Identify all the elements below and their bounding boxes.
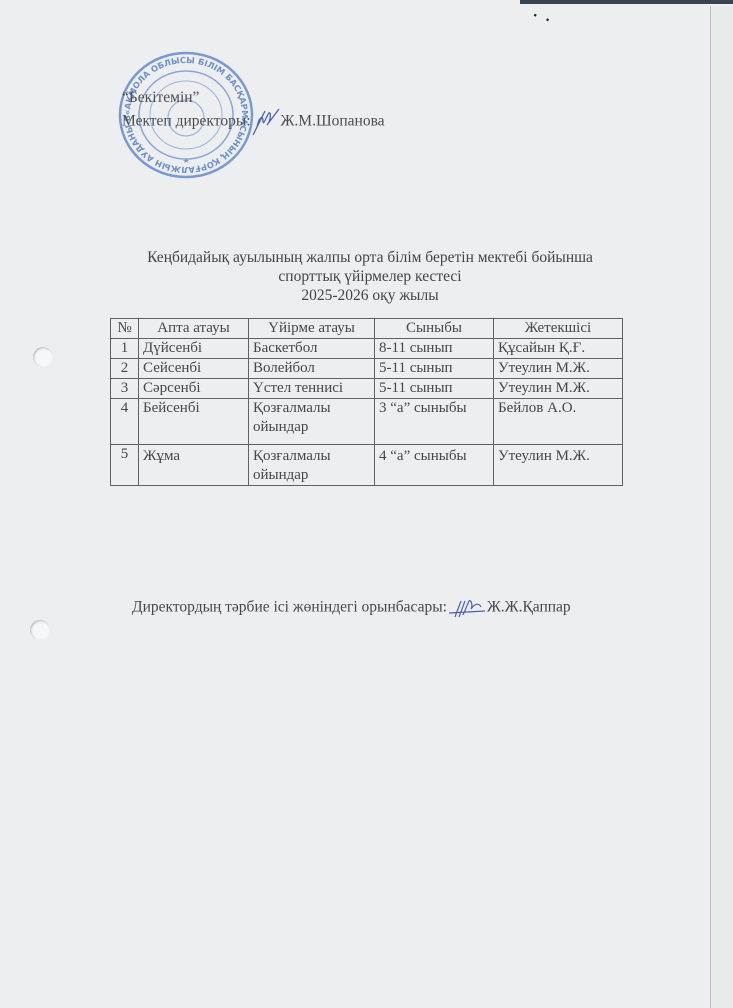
table-header-row: № Апта атауы Үйірме атауы Сыныбы Жетекші… — [111, 319, 623, 339]
cell-weekday: Дүйсенбі — [139, 339, 249, 359]
cell-leader: Бейлов А.О. — [494, 399, 623, 445]
cell-club: Үстел теннисі — [249, 379, 375, 399]
deputy-signature-line: Директордың тәрбие ісі жөніндегі орынбас… — [132, 597, 571, 619]
cell-leader: Утеулин М.Ж. — [494, 445, 623, 486]
scan-right-margin — [711, 6, 733, 1008]
schedule-table: № Апта атауы Үйірме атауы Сыныбы Жетекші… — [110, 318, 623, 486]
header-number: № — [111, 319, 139, 339]
cell-number: 3 — [111, 379, 139, 399]
header-grade: Сыныбы — [375, 319, 494, 339]
approval-label: “Бекітемін” — [122, 88, 385, 107]
cell-number: 1 — [111, 339, 139, 359]
table-row: 4 Бейсенбі Қозғалмалы ойындар 3 “а” сыны… — [111, 399, 623, 445]
header-club: Үйірме атауы — [249, 319, 375, 339]
cell-number: 2 — [111, 359, 139, 379]
cell-club: Қозғалмалы ойындар — [249, 445, 375, 486]
cell-weekday: Жұма — [139, 445, 249, 486]
title-line-2: спорттық үйірмелер кестесі — [110, 267, 630, 286]
header-leader: Жетекшісі — [494, 319, 623, 339]
deputy-signature-icon — [447, 597, 487, 619]
cell-club: Волейбол — [249, 359, 375, 379]
scan-specks: ▪▪ — [532, 10, 560, 28]
cell-grade: 3 “а” сыныбы — [375, 399, 494, 445]
document-title: Кеңбидайық ауылының жалпы орта білім бер… — [110, 248, 630, 305]
cell-leader: Утеулин М.Ж. — [494, 379, 623, 399]
table-row: 5 Жұма Қозғалмалы ойындар 4 “а” сыныбы У… — [111, 445, 623, 486]
deputy-name: Ж.Ж.Қаппар — [487, 599, 571, 616]
cell-weekday: Сейсенбі — [139, 359, 249, 379]
punch-hole-icon — [30, 620, 50, 640]
director-position: Мектеп директоры: — [122, 113, 251, 130]
cell-weekday: Сәрсенбі — [139, 379, 249, 399]
cell-leader: Утеулин М.Ж. — [494, 359, 623, 379]
title-line-3: 2025-2026 оқу жылы — [110, 286, 630, 305]
cell-grade: 8-11 сынып — [375, 339, 494, 359]
table-row: 1 Дүйсенбі Баскетбол 8-11 сынып Құсайын … — [111, 339, 623, 359]
cell-weekday: Бейсенбі — [139, 399, 249, 445]
cell-number: 4 — [111, 399, 139, 445]
director-name: Ж.М.Шопанова — [281, 113, 385, 130]
approval-block: “Бекітемін” Мектеп директоры: Ж.М.Шопано… — [122, 88, 385, 137]
title-line-1: Кеңбидайық ауылының жалпы орта білім бер… — [110, 248, 630, 267]
punch-hole-icon — [33, 347, 53, 367]
cell-club: Қозғалмалы ойындар — [249, 399, 375, 445]
cell-grade: 5-11 сынып — [375, 379, 494, 399]
table-row: 2 Сейсенбі Волейбол 5-11 сынып Утеулин М… — [111, 359, 623, 379]
table-row: 3 Сәрсенбі Үстел теннисі 5-11 сынып Утеу… — [111, 379, 623, 399]
cell-leader: Құсайын Қ.Ғ. — [494, 339, 623, 359]
cell-number: 5 — [111, 445, 139, 486]
scan-top-edge — [520, 0, 733, 4]
cell-club: Баскетбол — [249, 339, 375, 359]
paper-edge-line — [710, 6, 711, 1008]
header-weekday: Апта атауы — [139, 319, 249, 339]
cell-grade: 5-11 сынып — [375, 359, 494, 379]
cell-grade: 4 “а” сыныбы — [375, 445, 494, 486]
director-signature-icon — [251, 107, 281, 137]
deputy-position: Директордың тәрбие ісі жөніндегі орынбас… — [132, 599, 447, 616]
